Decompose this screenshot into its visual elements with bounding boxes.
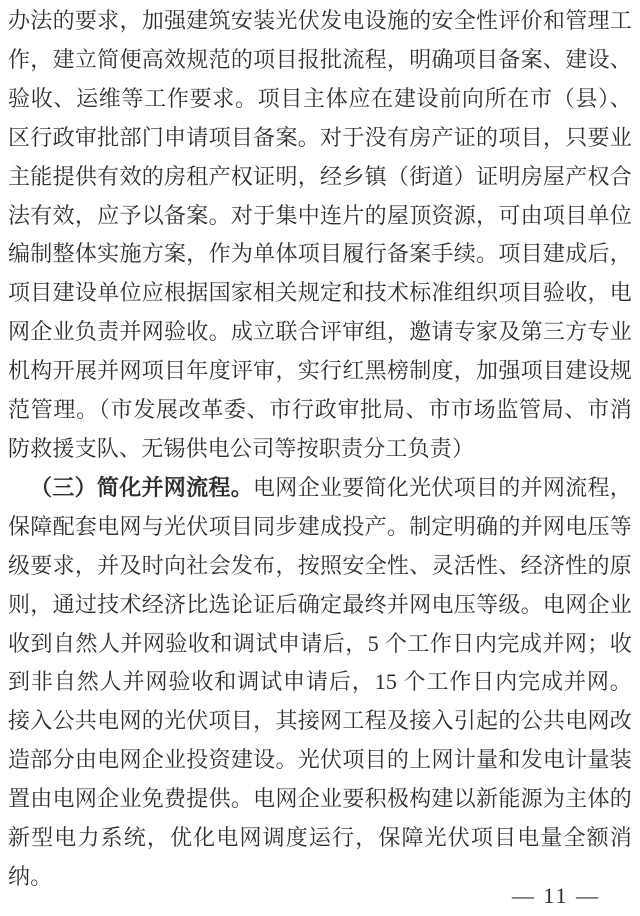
section-heading: （三）简化并网流程。 [30, 475, 253, 500]
section-body-text: 电网企业要简化光伏项目的并网流程，保障配套电网与光伏项目同步建成投产。制定明确的… [8, 475, 632, 889]
paragraph-section-three: （三）简化并网流程。电网企业要简化光伏项目的并网流程，保障配套电网与光伏项目同步… [8, 469, 632, 897]
page-number: — 11 — [512, 884, 600, 908]
paragraph-body-text: 办法的要求，加强建筑安装光伏发电设施的安全性评价和管理工作，建立简便高效规范的项… [8, 8, 632, 422]
paragraph-continuation: 办法的要求，加强建筑安装光伏发电设施的安全性评价和管理工作，建立简便高效规范的项… [8, 2, 632, 469]
document-page: 办法的要求，加强建筑安装光伏发电设施的安全性评价和管理工作，建立简便高效规范的项… [0, 0, 640, 916]
responsibility-note: （市发展改革委、市行政审批局、市市场监管局、市消防救援支队、无锡供电公司等按职责… [8, 397, 632, 461]
